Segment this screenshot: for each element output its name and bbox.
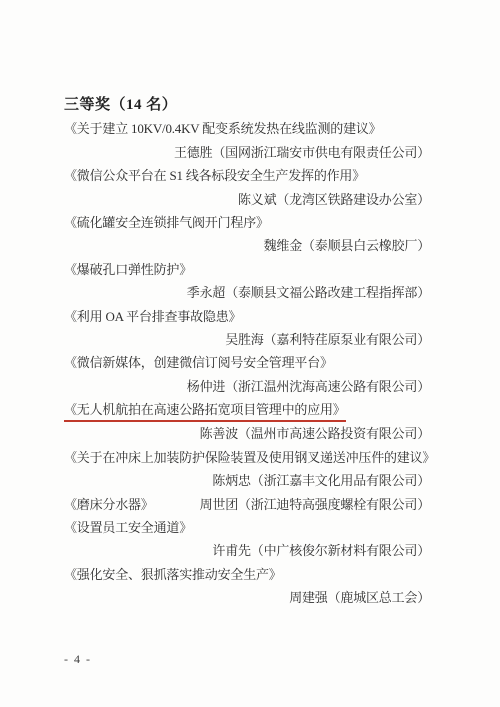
entry-awardee: 王德胜（国网浙江瑞安市供电有限责任公司） <box>64 141 430 164</box>
award-entry: 《无人机航拍在高速公路拓宽项目管理中的应用》 陈善波（温州市高速公路投资有限公司… <box>64 398 430 445</box>
entry-title: 《设置员工安全通道》 <box>64 516 430 539</box>
entry-awardee: 魏维金（泰顺县白云橡胶厂） <box>64 234 430 257</box>
entry-title: 《强化安全、狠抓落实推动安全生产》 <box>64 563 430 586</box>
entry-inline-row: 《磨床分水器》 周世团（浙江迪特高强度螺栓有限公司） <box>64 493 430 516</box>
document-page: 三等奖（14 名） 《关于建立 10KV/0.4KV 配变系统发热在线监测的建议… <box>0 0 500 707</box>
award-entry: 《利用 OA 平台排查事故隐患》 吴胜海（嘉利特荏原泵业有限公司） <box>64 305 430 352</box>
entry-awardee: 周建强（鹿城区总工会） <box>64 586 430 609</box>
award-entry: 《设置员工安全通道》 许甫先（中广核俊尔新材料有限公司） <box>64 516 430 563</box>
award-entry: 《磨床分水器》 周世团（浙江迪特高强度螺栓有限公司） <box>64 493 430 516</box>
entry-title: 《利用 OA 平台排查事故隐患》 <box>64 305 430 328</box>
entry-awardee: 许甫先（中广核俊尔新材料有限公司） <box>64 539 430 562</box>
red-underlined-text: 《无人机航拍在高速公路拓宽项目管理中的应用》 <box>64 400 346 422</box>
award-entry: 《微信公众平台在 S1 线各标段安全生产发挥的作用》 陈义斌（龙湾区铁路建设办公… <box>64 164 430 211</box>
award-entry: 《关于建立 10KV/0.4KV 配变系统发热在线监测的建议》 王德胜（国网浙江… <box>64 117 430 164</box>
award-entry: 《硫化罐安全连锁排气阀开门程序》 魏维金（泰顺县白云橡胶厂） <box>64 211 430 258</box>
entry-awardee: 陈义斌（龙湾区铁路建设办公室） <box>64 188 430 211</box>
award-entry: 《关于在冲床上加装防护保险装置及使用钢叉递送冲压件的建议》 陈炳忠（浙江嘉丰文化… <box>64 446 430 493</box>
entry-title: 《关于在冲床上加装防护保险装置及使用钢叉递送冲压件的建议》 <box>64 446 430 469</box>
entry-title: 《爆破孔口弹性防护》 <box>64 258 430 281</box>
entry-title: 《微信公众平台在 S1 线各标段安全生产发挥的作用》 <box>64 164 430 187</box>
entry-title: 《关于建立 10KV/0.4KV 配变系统发热在线监测的建议》 <box>64 117 430 140</box>
entry-title-underlined: 《无人机航拍在高速公路拓宽项目管理中的应用》 <box>64 398 430 422</box>
entry-awardee: 吴胜海（嘉利特荏原泵业有限公司） <box>64 328 430 351</box>
entry-awardee: 陈善波（温州市高速公路投资有限公司） <box>64 422 430 445</box>
entry-title: 《硫化罐安全连锁排气阀开门程序》 <box>64 211 430 234</box>
award-entry: 《爆破孔口弹性防护》 季永超（泰顺县文福公路改建工程指挥部） <box>64 258 430 305</box>
page-number: - 4 - <box>64 652 92 667</box>
award-entry: 《微信新媒体，创建微信订阅号安全管理平台》 杨仲进（浙江温州沈海高速公路有限公司… <box>64 351 430 398</box>
entry-awardee: 周世团（浙江迪特高强度螺栓有限公司） <box>200 493 430 516</box>
entry-title: 《磨床分水器》 <box>64 493 154 516</box>
entry-awardee: 季永超（泰顺县文福公路改建工程指挥部） <box>64 281 430 304</box>
entry-title: 《微信新媒体，创建微信订阅号安全管理平台》 <box>64 351 430 374</box>
entry-awardee: 陈炳忠（浙江嘉丰文化用品有限公司） <box>64 469 430 492</box>
section-heading: 三等奖（14 名） <box>64 94 430 117</box>
award-entry: 《强化安全、狠抓落实推动安全生产》 周建强（鹿城区总工会） <box>64 563 430 610</box>
entry-awardee: 杨仲进（浙江温州沈海高速公路有限公司） <box>64 375 430 398</box>
